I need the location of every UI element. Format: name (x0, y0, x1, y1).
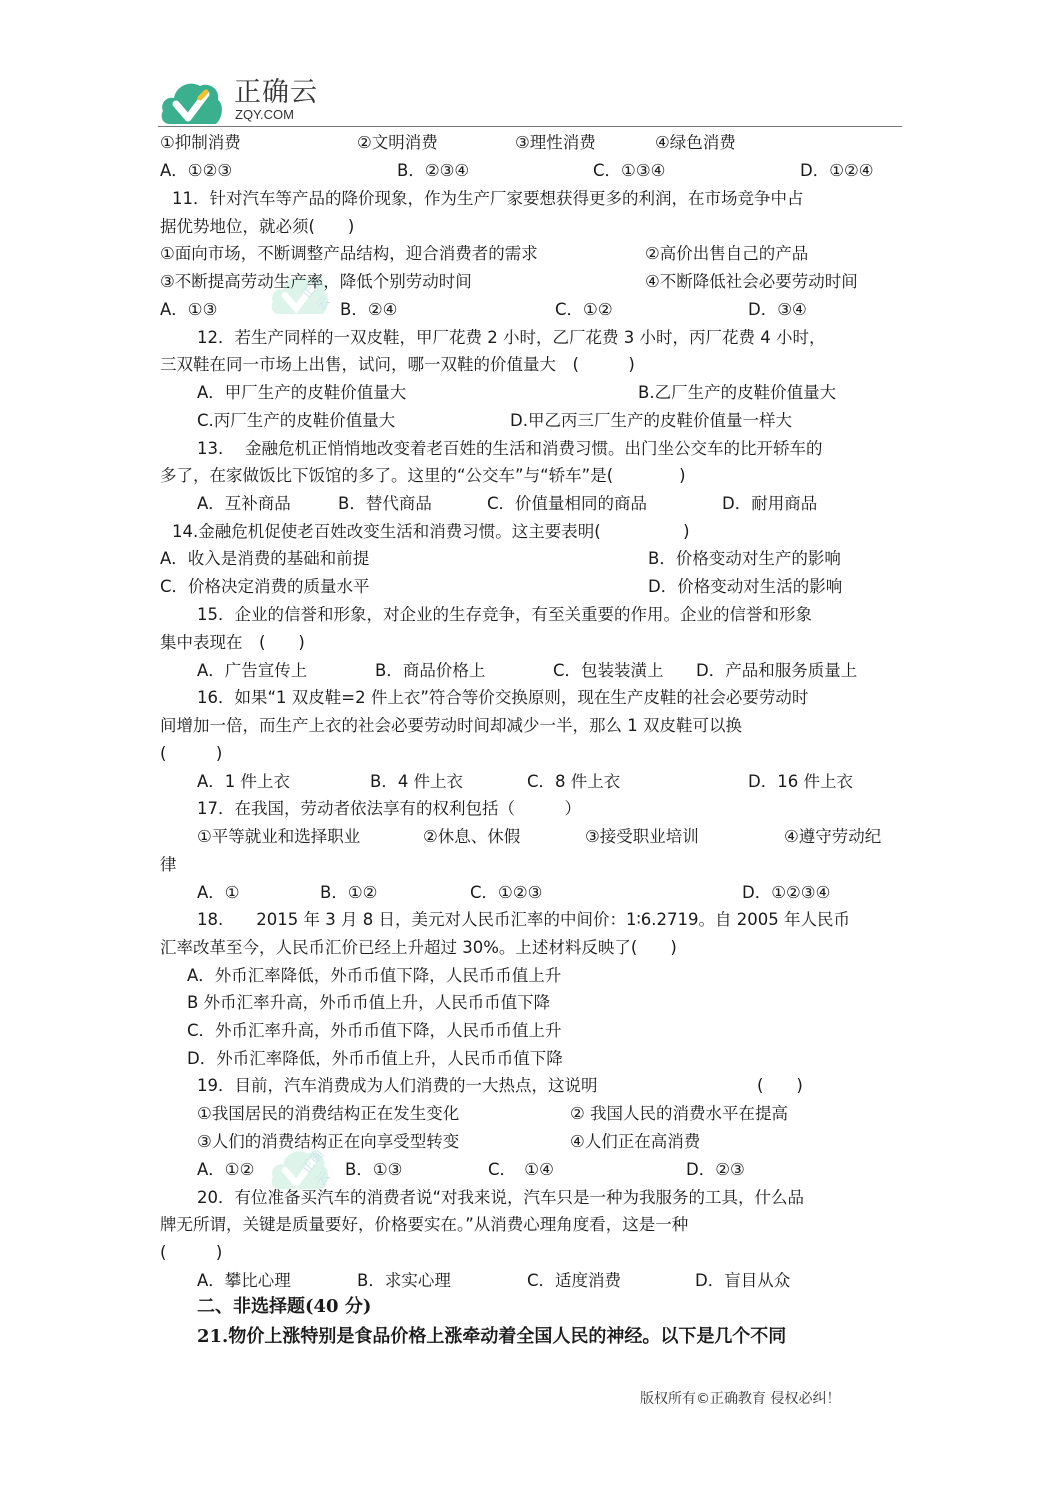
q15-option-a: A．广告宣传上 (197, 661, 307, 681)
q13-stem-cont: 多了，在家做饭比下饭馆的多了。这里的“公交车”与“轿车”是( ) (160, 466, 686, 486)
q12-option-b: B.乙厂生产的皮鞋价值量大 (638, 383, 836, 403)
q10-item-3: ③理性消费 (515, 133, 596, 153)
q19-item-2: ② 我国人民的消费水平在提高 (570, 1104, 788, 1124)
q16-option-b: B．4 件上衣 (370, 772, 463, 792)
q19-option-c: C． ①④ (488, 1160, 554, 1180)
q13-option-b: B．替代商品 (338, 494, 432, 514)
q18-option-c: C．外币汇率升高，外币币值下降，人民币币值上升 (187, 1021, 562, 1041)
q16-blank: ( ) (160, 744, 222, 764)
q12-option-d: D.甲乙丙三厂生产的皮鞋价值量一样大 (510, 411, 792, 431)
q14-stem: 14.金融危机促使老百姓改变生活和消费习惯。这主要表明( ) (172, 522, 690, 542)
q15-option-d: D．产品和服务质量上 (696, 661, 857, 681)
copyright-footer: 版权所有©正确教育 侵权必纠！ (640, 1388, 840, 1408)
q16-option-d: D．16 件上衣 (748, 772, 853, 792)
q11-option-c: C．①② (555, 300, 613, 320)
q11-item-2: ②高价出售自己的产品 (645, 244, 808, 264)
q12-stem-cont: 三双鞋在同一市场上出售，试问，哪一双鞋的价值量大 ( ) (160, 355, 635, 375)
q13-option-a: A．互补商品 (197, 494, 291, 514)
q20-option-c: C．适度消费 (527, 1271, 621, 1291)
q20-blank: ( ) (160, 1243, 222, 1263)
q17-item-3: ③接受职业培训 (585, 827, 699, 847)
q18-stem-cont: 汇率改革至今，人民币汇价已经上升超过 30%。上述材料反映了( ) (160, 938, 677, 958)
logo-domain: ZQY.COM (235, 108, 294, 122)
page-header: 正确云 ZQY.COM (158, 76, 902, 126)
q17-option-b: B．①② (320, 883, 377, 903)
q17-item-1: ①平等就业和选择职业 (197, 827, 360, 847)
q19-item-3: ③人们的消费结构正在向享受型转变 (197, 1132, 459, 1152)
q13-option-c: C．价值量相同的商品 (487, 494, 647, 514)
q10-option-a: A．①②③ (160, 161, 232, 181)
q16-stem-cont: 间增加一倍，而生产上衣的社会必要劳动时间却减少一半，那么 1 双皮鞋可以换 (160, 716, 742, 736)
q16-option-a: A．1 件上衣 (197, 772, 290, 792)
q10-item-4: ④绿色消费 (655, 133, 736, 153)
q16-option-c: C．8 件上衣 (527, 772, 620, 792)
q11-option-b: B．②④ (340, 300, 397, 320)
q10-option-c: C．①③④ (593, 161, 665, 181)
q20-option-a: A．攀比心理 (197, 1271, 291, 1291)
q15-option-b: B．商品价格上 (375, 661, 485, 681)
q10-item-2: ②文明消费 (357, 133, 438, 153)
q19-stem: 19．目前，汽车消费成为人们消费的一大热点，这说明 (197, 1076, 598, 1096)
q17-item-4: ④遵守劳动纪 (784, 827, 881, 847)
q10-item-1: ①抑制消费 (160, 133, 241, 153)
q10-option-d: D．①②④ (800, 161, 874, 181)
q11-item-1: ①面向市场，不断调整产品结构，迎合消费者的需求 (160, 244, 538, 264)
q20-stem-cont: 牌无所谓，关键是质量要好，价格要实在。”从消费心理角度看，这是一种 (160, 1215, 688, 1235)
q19-blank: ( ) (757, 1076, 803, 1096)
q17-option-c: C．①②③ (470, 883, 542, 903)
q11-item-3: ③不断提高劳动生产率，降低个别劳动时间 (160, 272, 472, 292)
q14-option-a: A．收入是消费的基础和前提 (160, 549, 369, 569)
q20-option-b: B．求实心理 (357, 1271, 451, 1291)
q19-item-1: ①我国居民的消费结构正在发生变化 (197, 1104, 459, 1124)
q13-option-d: D．耐用商品 (722, 494, 817, 514)
q19-option-d: D．②③ (686, 1160, 745, 1180)
header-divider (158, 126, 902, 127)
q17-option-d: D．①②③④ (742, 883, 830, 903)
q10-option-b: B．②③④ (397, 161, 469, 181)
q17-item-2: ②休息、休假 (423, 827, 520, 847)
q13-stem: 13. 金融危机正悄悄地改变着老百姓的生活和消费习惯。出门坐公交车的比开轿车的 (197, 439, 823, 459)
section-2-title: 二、非选择题(40 分) (197, 1297, 371, 1317)
q17-item-4-wrap: 律 (160, 855, 177, 875)
q19-item-4: ④人们正在高消费 (570, 1132, 700, 1152)
q19-option-a: A．①② (197, 1160, 254, 1180)
q11-stem: 11．针对汽车等产品的降价现象，作为生产厂家要想获得更多的利润，在市场竞争中占 (172, 189, 804, 209)
q15-stem: 15．企业的信誉和形象，对企业的生存竞争，有至关重要的作用。企业的信誉和形象 (197, 605, 812, 625)
q14-option-c: C．价格决定消费的质量水平 (160, 577, 370, 597)
q19-option-b: B．①③ (345, 1160, 402, 1180)
q17-stem: 17．在我国，劳动者依法享有的权利包括（ ） (197, 799, 581, 819)
q18-option-b: B 外币汇率升高，外币币值上升，人民币币值下降 (187, 993, 550, 1013)
q16-stem: 16．如果“1 双皮鞋=2 件上衣”符合等价交换原则，现在生产皮鞋的社会必要劳动… (197, 688, 808, 708)
q15-option-c: C．包装装潢上 (553, 661, 664, 681)
q11-stem-cont: 据优势地位，就必须( ) (160, 217, 354, 237)
document-page: 正确云 ZQY.COM 正确云 正确云 ①抑制消费 ②文明消费 ③理性消费 ④绿… (0, 0, 1058, 1497)
q20-option-d: D．盲目从众 (695, 1271, 790, 1291)
q20-stem: 20．有位准备买汽车的消费者说“对我来说，汽车只是一种为我服务的工具，什么品 (197, 1188, 804, 1208)
q17-option-a: A．① (197, 883, 240, 903)
q12-option-c: C.丙厂生产的皮鞋价值量大 (197, 411, 395, 431)
q18-option-d: D．外币汇率降低，外币币值上升，人民币币值下降 (187, 1049, 563, 1069)
q18-option-a: A．外币汇率降低，外币币值下降，人民币币值上升 (187, 966, 561, 986)
q14-option-d: D．价格变动对生活的影响 (648, 577, 842, 597)
cloud-check-logo-icon (160, 78, 224, 124)
q11-option-d: D．③④ (748, 300, 807, 320)
q14-option-b: B．价格变动对生产的影响 (648, 549, 841, 569)
logo-name: 正确云 (234, 78, 318, 108)
q12-option-a: A．甲厂生产的皮鞋价值量大 (197, 383, 406, 403)
q15-stem-cont: 集中表现在 ( ) (160, 633, 305, 653)
q12-stem: 12．若生产同样的一双皮鞋，甲厂花费 2 小时，乙厂花费 3 小时，丙厂花费 4… (197, 328, 825, 348)
q11-item-4: ④不断降低社会必要劳动时间 (645, 272, 858, 292)
q21-stem: 21.物价上涨特别是食品价格上涨牵动着全国人民的神经。以下是几个不同 (197, 1327, 786, 1347)
q11-option-a: A．①③ (160, 300, 217, 320)
q18-stem: 18. 2015 年 3 月 8 日，美元对人民币汇率的中间价：1∶6.2719… (197, 910, 850, 930)
